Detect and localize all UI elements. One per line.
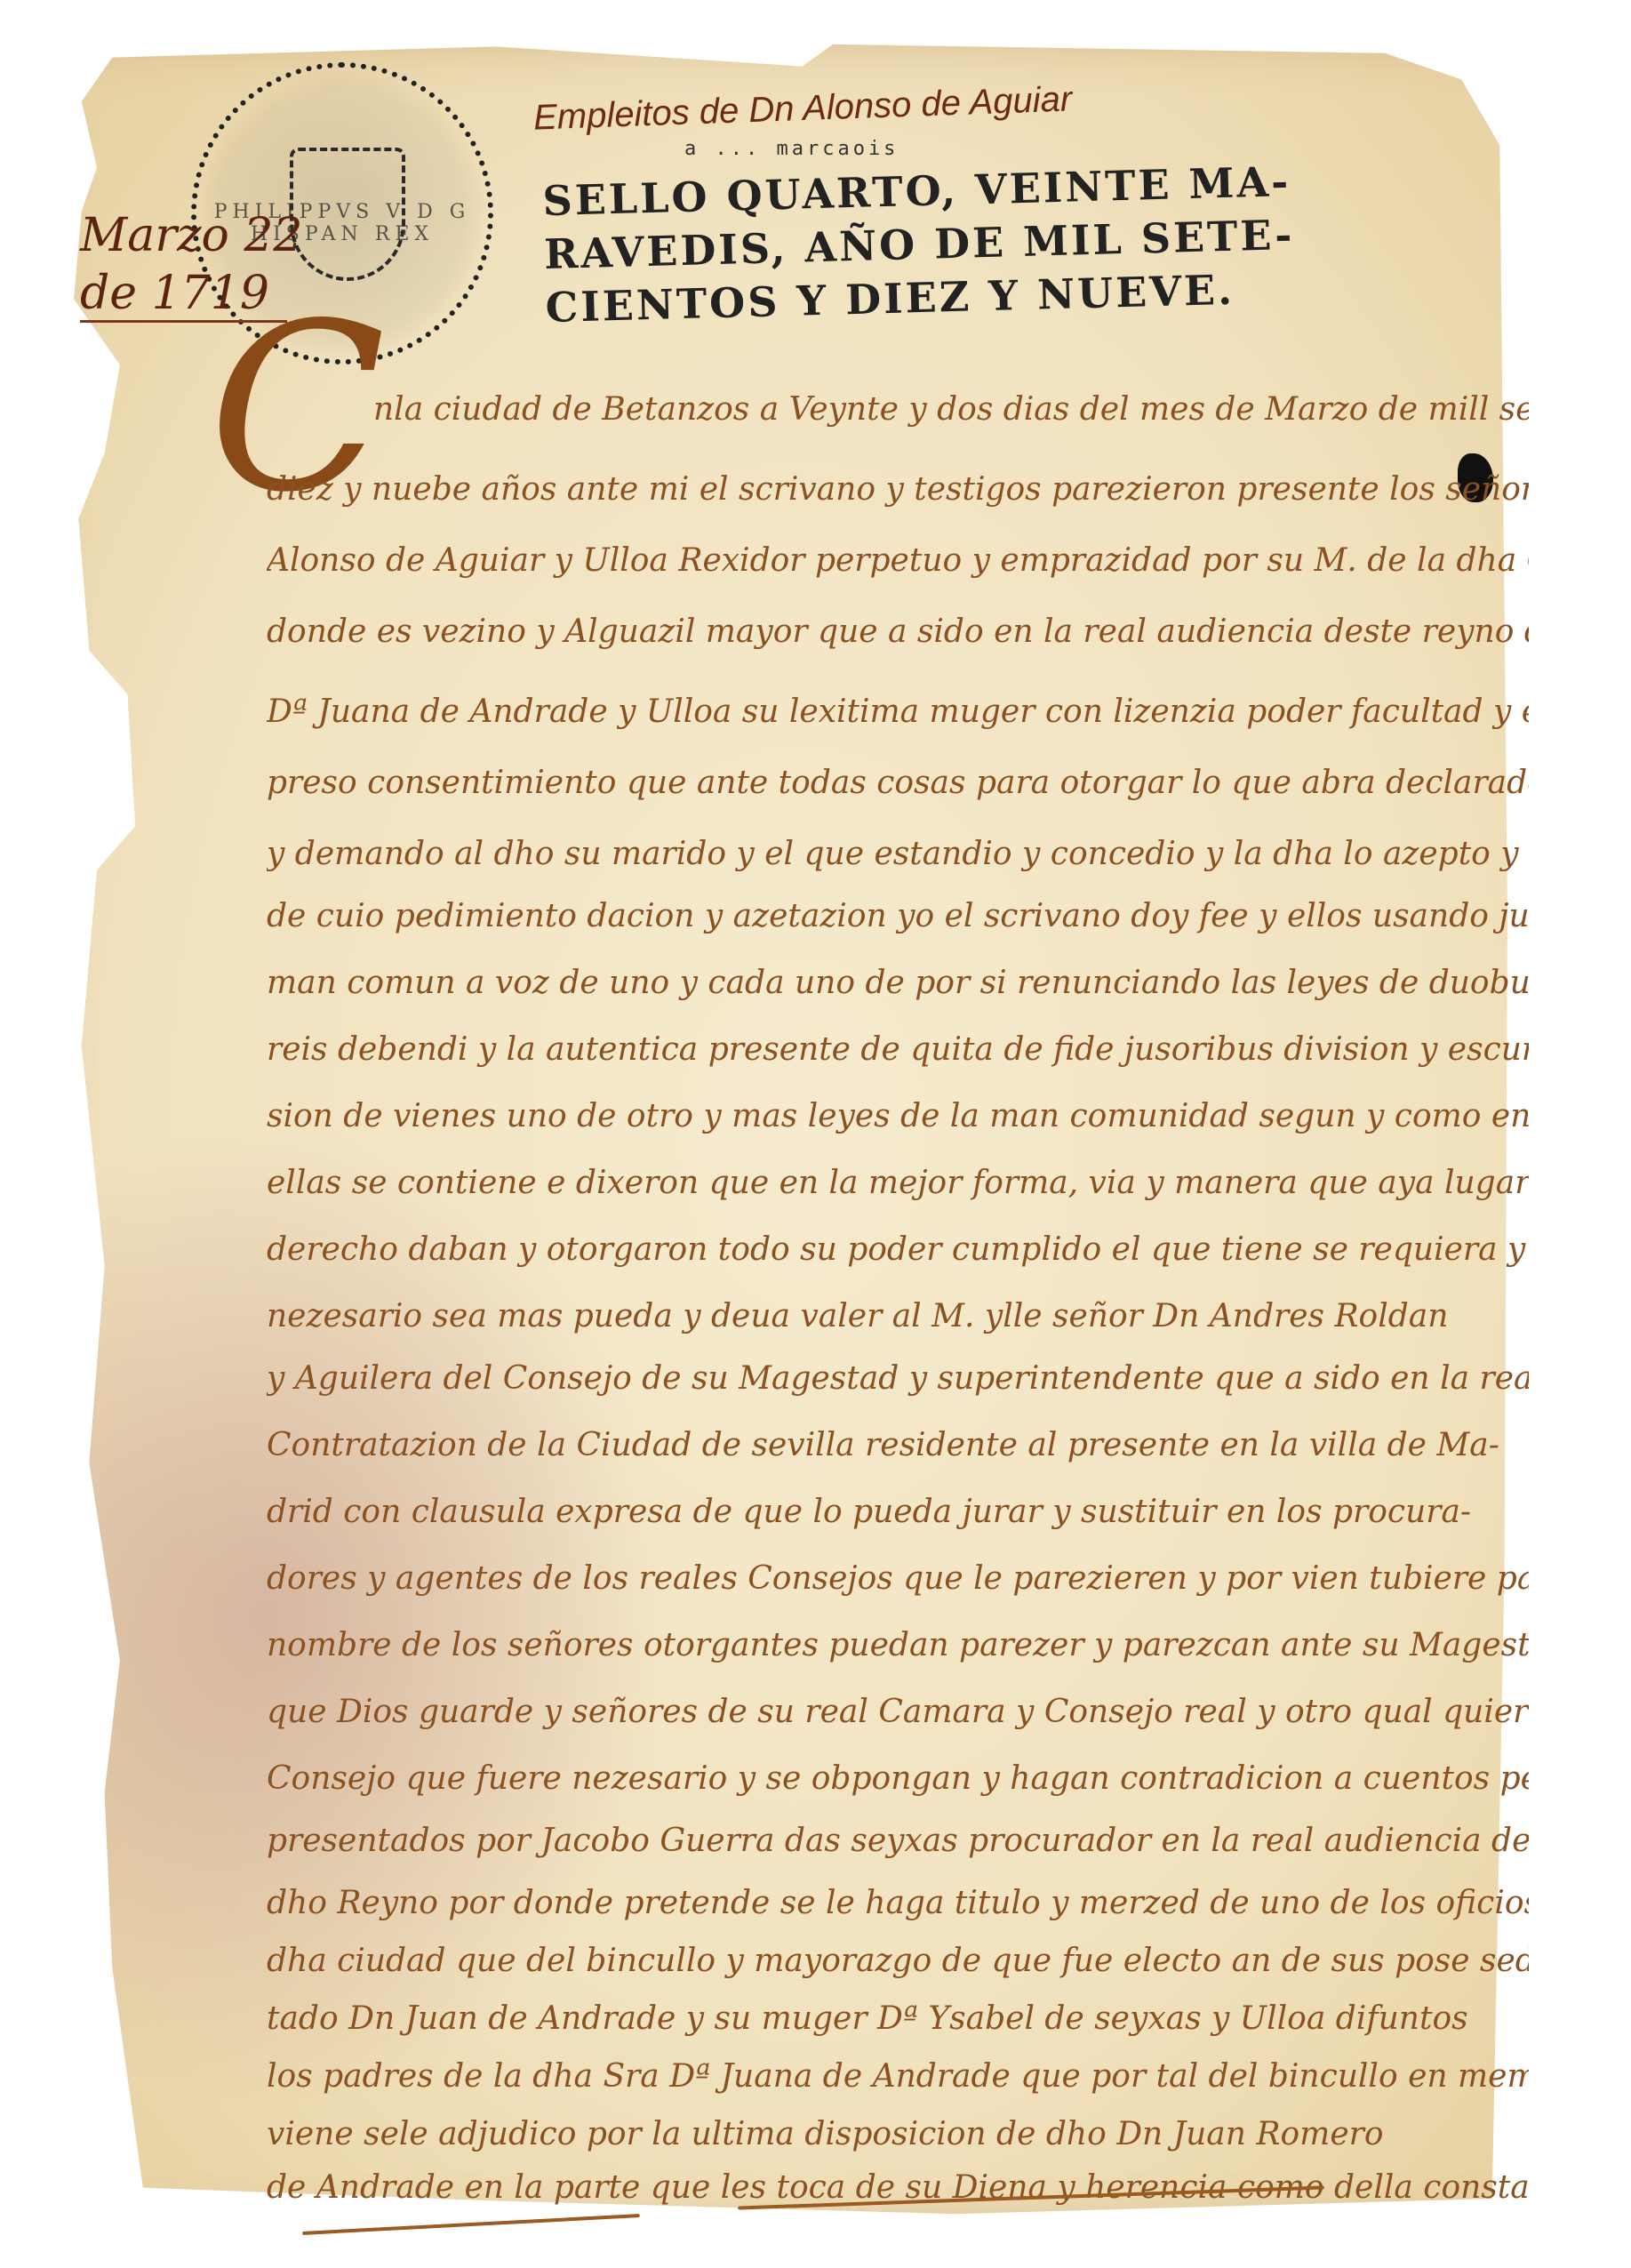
text-line: nombre de los señores otorgantes puedan … bbox=[267, 1627, 1529, 1663]
text-line: nezesario sea mas pueda y deua valer al … bbox=[267, 1298, 1529, 1334]
text-line: man comun a voz de uno y cada uno de por… bbox=[267, 965, 1529, 1001]
text-line: presentados por Jacobo Guerra das seyxas… bbox=[267, 1823, 1529, 1859]
margin-date-month: Marzo 22 bbox=[80, 209, 303, 262]
text-line: Contratazion de la Ciudad de sevilla res… bbox=[267, 1427, 1529, 1463]
text-line: reis debendi y la autentica presente de … bbox=[267, 1031, 1529, 1068]
text-line: de cuio pedimiento dacion y azetazion yo… bbox=[267, 898, 1529, 934]
text-line: Alonso de Aguiar y Ulloa Rexidor perpetu… bbox=[267, 542, 1529, 579]
text-line: sion de vienes uno de otro y mas leyes d… bbox=[267, 1098, 1529, 1134]
text-line: ellas se contiene e dixeron que en la me… bbox=[267, 1165, 1529, 1201]
text-line: tado Dn Juan de Andrade y su muger Dª Ys… bbox=[267, 2000, 1529, 2037]
text-line: y Aguilera del Consejo de su Magestad y … bbox=[267, 1360, 1529, 1397]
header-stamp-small: a ... marcaois bbox=[684, 138, 899, 160]
text-line: los padres de la dha Sra Dª Juana de And… bbox=[267, 2058, 1529, 2095]
text-line: Consejo que fuere nezesario y se obponga… bbox=[267, 1760, 1529, 1797]
text-line: dores y agentes de los reales Consejos q… bbox=[267, 1560, 1529, 1597]
closing-flourish-left bbox=[302, 2214, 640, 2235]
text-line: diez y nuebe años ante mi el scrivano y … bbox=[267, 471, 1529, 508]
text-line: viene sele adjudico por la ultima dispos… bbox=[267, 2116, 1529, 2152]
text-line: y demando al dho su marido y el que esta… bbox=[267, 836, 1529, 872]
text-line: Dª Juana de Andrade y Ulloa su lexitima … bbox=[267, 693, 1529, 730]
text-line: dho Reyno por donde pretende se le haga … bbox=[267, 1885, 1529, 1921]
text-line: dha ciudad que del bincullo y mayorazgo … bbox=[267, 1943, 1529, 1979]
text-line: donde es vezino y Alguazil mayor que a s… bbox=[267, 613, 1529, 650]
text-line: que Dios guarde y señores de su real Cam… bbox=[267, 1694, 1529, 1730]
text-line: derecho daban y otorgaron todo su poder … bbox=[267, 1231, 1529, 1268]
text-line: drid con clausula expresa de que lo pued… bbox=[267, 1494, 1529, 1530]
text-line: preso consentimiento que ante todas cosa… bbox=[267, 765, 1529, 801]
stamped-paper-heading: Sello quarto, veinte ma- ravedis, año de… bbox=[542, 155, 1297, 334]
text-line: nla ciudad de Betanzos a Veynte y dos di… bbox=[373, 391, 1529, 428]
